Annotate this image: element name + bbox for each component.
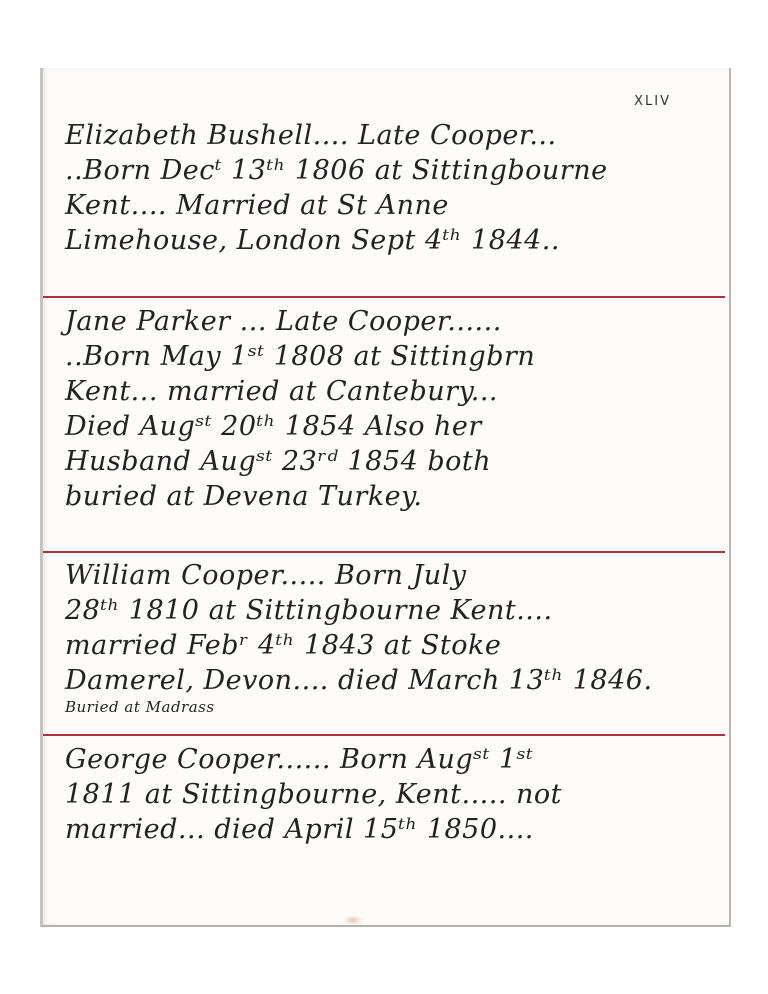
entry-line: Kent... married at Cantebury... — [65, 374, 715, 409]
entry-line: married... died April 15ᵗʰ 1850.... — [65, 812, 715, 847]
entry-line: 1811 at Sittingbourne, Kent..... not — [65, 777, 715, 812]
entry-line: Husband Augˢᵗ 23ʳᵈ 1854 both — [65, 444, 715, 479]
entry-line: Elizabeth Bushell.... Late Cooper... — [65, 118, 715, 153]
entry-line: ..Born Decᵗ 13ᵗʰ 1806 at Sittingbourne — [65, 153, 715, 188]
page-number: XLIV — [634, 94, 671, 109]
entry-line: Damerel, Devon.... died March 13ᵗʰ 1846. — [65, 663, 715, 698]
entry-line: Died Augˢᵗ 20ᵗʰ 1854 Also her — [65, 409, 715, 444]
entry-line: buried at Devena Turkey. — [65, 479, 715, 514]
entry-line: Limehouse, London Sept 4ᵗʰ 1844.. — [65, 223, 715, 258]
red-rule-divider — [43, 296, 725, 298]
entry-line: William Cooper..... Born July — [65, 558, 715, 593]
entry-line: 28ᵗʰ 1810 at Sittingbourne Kent.... — [65, 593, 715, 628]
entry-jane-parker: Jane Parker ... Late Cooper...... ..Born… — [65, 304, 715, 514]
entry-george-cooper: George Cooper...... Born Augˢᵗ 1ˢᵗ 1811 … — [65, 742, 715, 847]
entry-line: Kent.... Married at St Anne — [65, 188, 715, 223]
red-rule-divider — [43, 551, 725, 553]
red-rule-divider — [43, 734, 725, 736]
paper-stain — [343, 915, 363, 925]
entry-elizabeth-bushell: Elizabeth Bushell.... Late Cooper... ..B… — [65, 118, 715, 258]
entry-line: married Febʳ 4ᵗʰ 1843 at Stoke — [65, 628, 715, 663]
register-page: XLIV Elizabeth Bushell.... Late Cooper..… — [40, 68, 731, 927]
entry-line: George Cooper...... Born Augˢᵗ 1ˢᵗ — [65, 742, 715, 777]
entry-note: Buried at Madrass — [65, 698, 715, 716]
entry-line: ..Born May 1ˢᵗ 1808 at Sittingbrn — [65, 339, 715, 374]
entry-william-cooper: William Cooper..... Born July 28ᵗʰ 1810 … — [65, 558, 715, 716]
entry-line: Jane Parker ... Late Cooper...... — [65, 304, 715, 339]
